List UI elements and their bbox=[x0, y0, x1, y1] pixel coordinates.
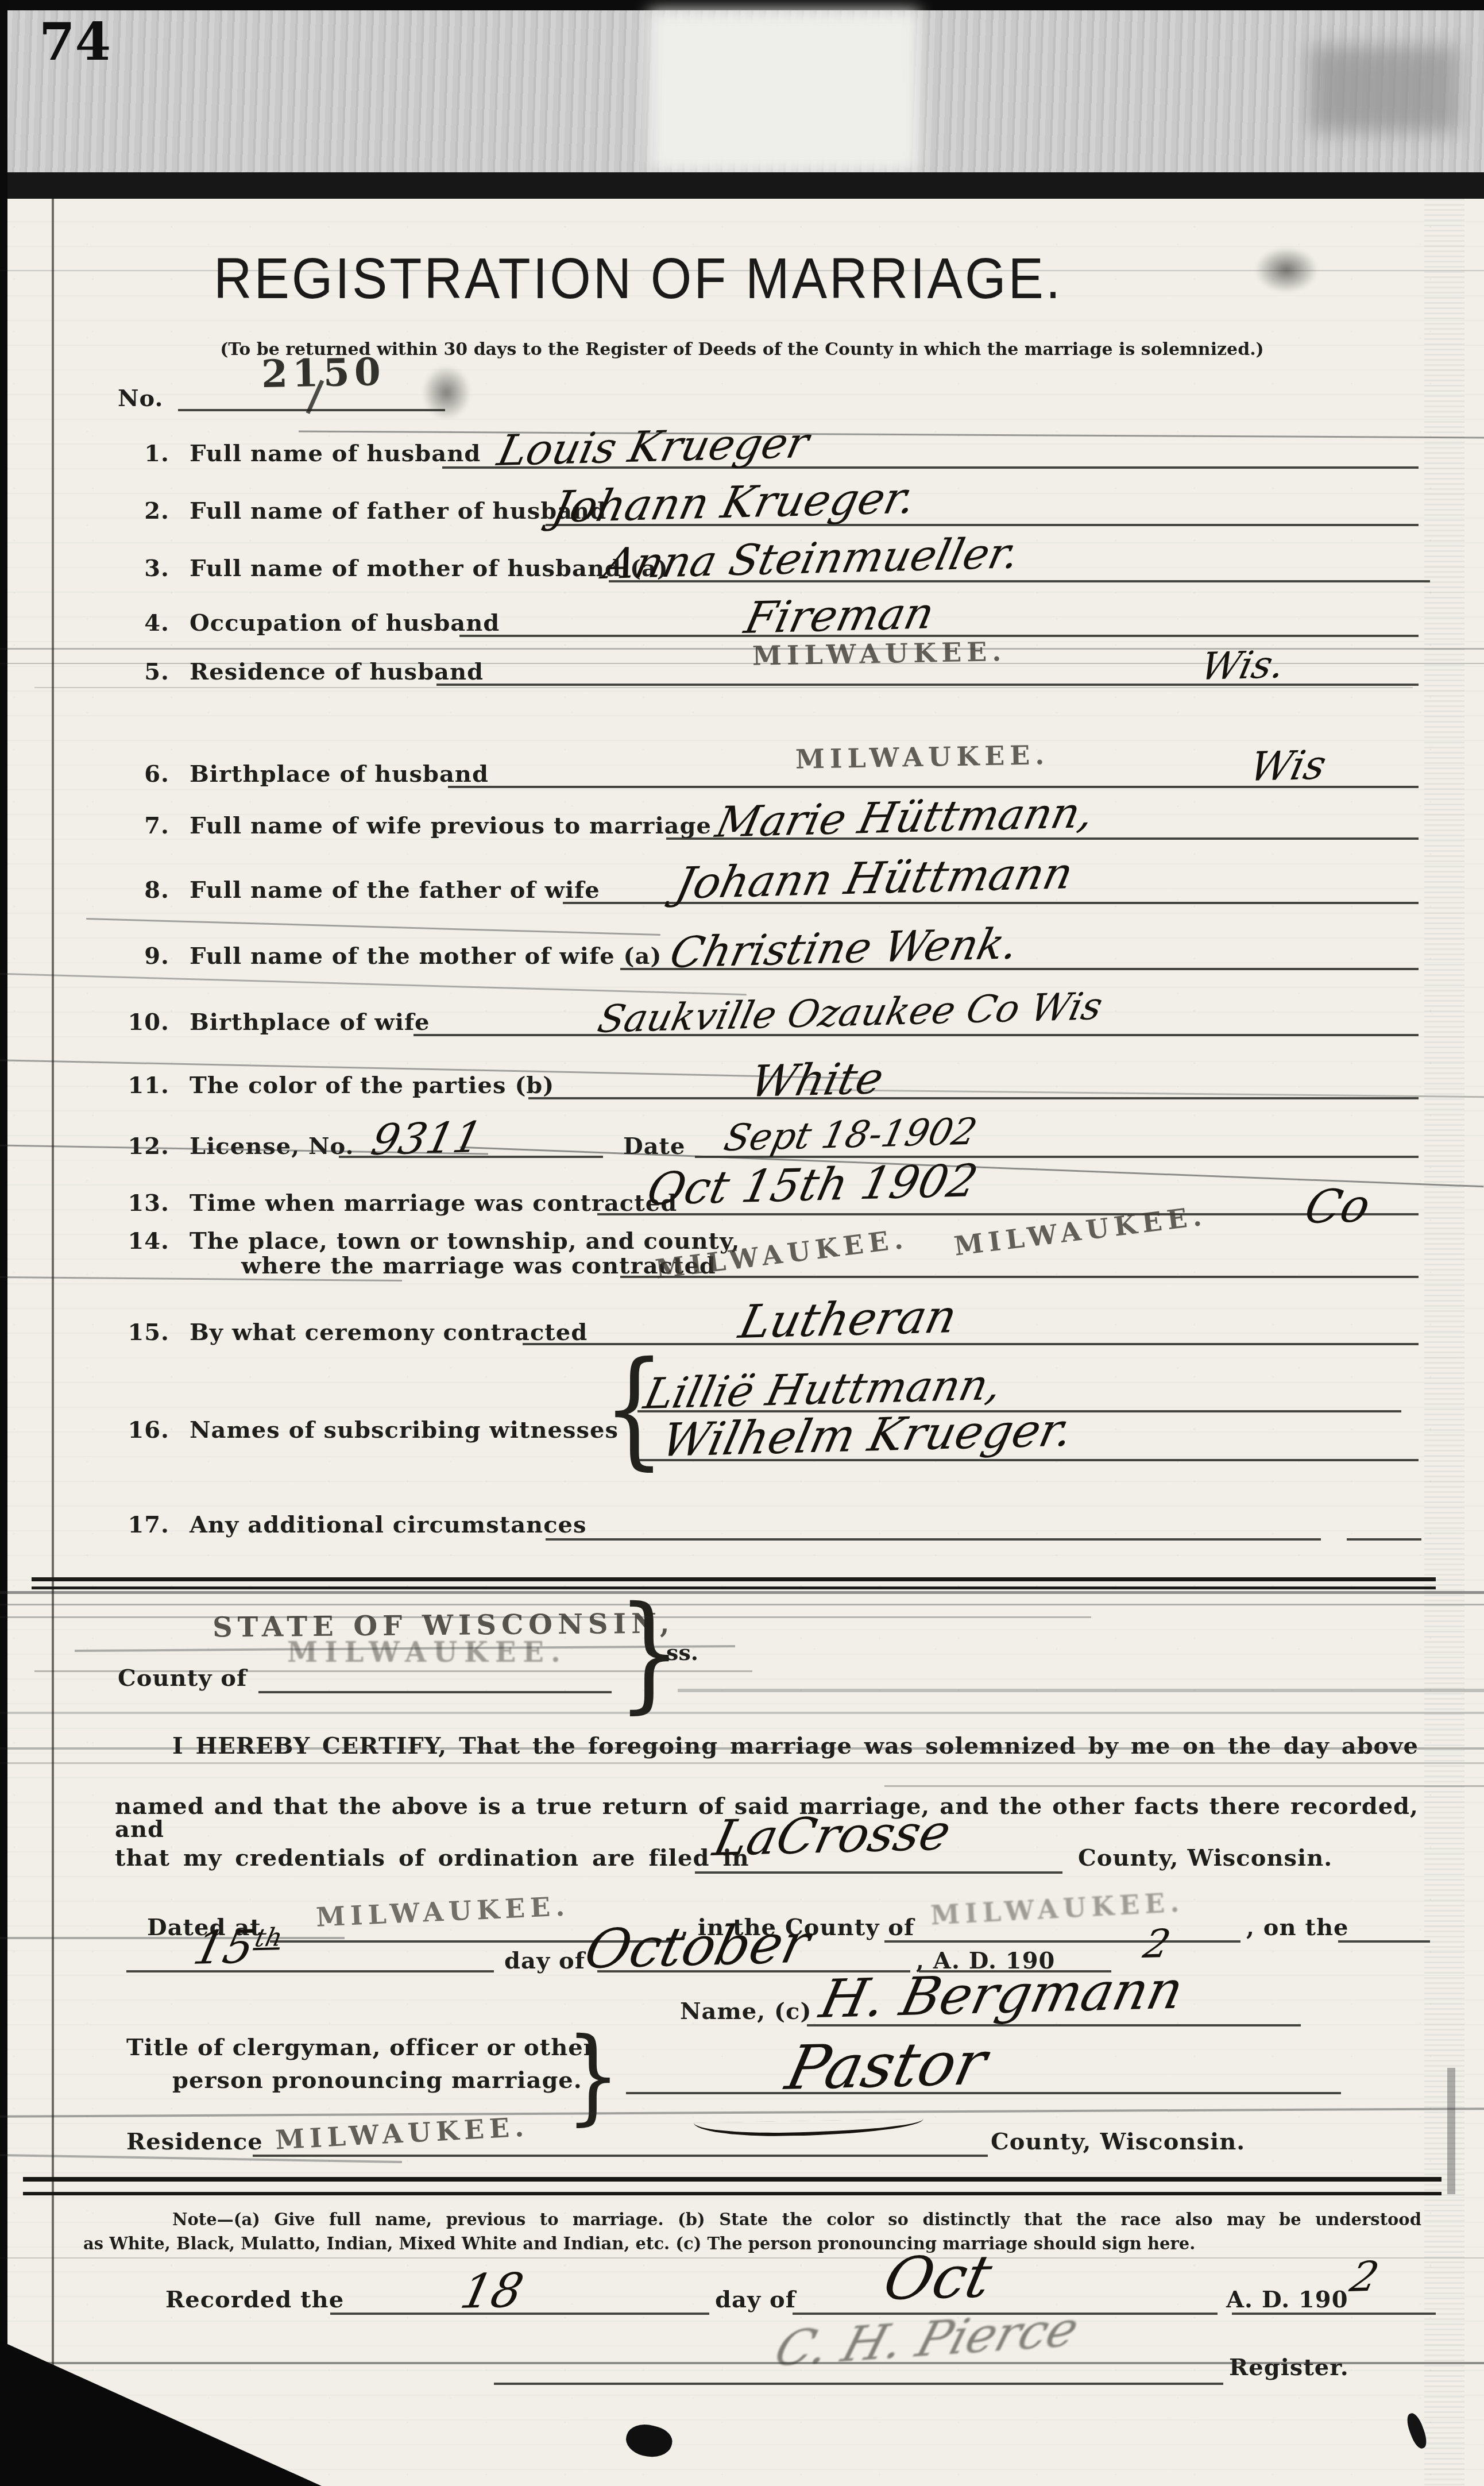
field-number: 7. bbox=[103, 814, 169, 837]
scan-band-rule bbox=[0, 172, 1484, 199]
note-line2: as White, Black, Mulatto, Indian, Mixed … bbox=[83, 2236, 1195, 2252]
field-label: Full name of mother of husband (a) bbox=[190, 557, 668, 580]
blank-line bbox=[546, 1538, 1321, 1541]
scan-light-patch bbox=[649, 10, 919, 172]
blank-line bbox=[1347, 1538, 1421, 1541]
date-label: Date bbox=[623, 1135, 686, 1158]
license-number-handwriting: 9311 bbox=[368, 1116, 486, 1161]
recorded-year-handwriting: 2 bbox=[1347, 2256, 1382, 2298]
field-label: The color of the parties (b) bbox=[190, 1074, 554, 1097]
scan-streak bbox=[678, 1689, 1484, 1692]
scan-streak bbox=[0, 973, 747, 995]
scan-streak bbox=[0, 2107, 1484, 2118]
scan-streak bbox=[299, 431, 1484, 439]
field-number: 13. bbox=[103, 1192, 169, 1215]
recorded-label: Recorded the bbox=[165, 2288, 344, 2311]
blank-line bbox=[695, 1871, 1062, 1874]
scan-right-speckle bbox=[1424, 199, 1464, 2486]
ceremony-handwriting: Lutheran bbox=[735, 1294, 961, 1345]
field-number: 10. bbox=[103, 1011, 169, 1034]
blank-line bbox=[258, 1691, 612, 1693]
field-number: 3. bbox=[103, 557, 169, 580]
field-number: 16. bbox=[103, 1419, 169, 1442]
husband-father-handwriting: Johann Krueger. bbox=[548, 476, 919, 529]
field-label: The place, town or township, and county, bbox=[190, 1230, 740, 1253]
field-label: Birthplace of wife bbox=[190, 1011, 430, 1034]
scan-top-edge bbox=[0, 0, 1484, 10]
husband-name-handwriting: Louis Krueger bbox=[494, 422, 813, 472]
field-number: 4. bbox=[103, 612, 169, 635]
on-the-label: , on the bbox=[1246, 1916, 1349, 1939]
register-signature-handwriting: C. H. Pierce bbox=[770, 2305, 1084, 2373]
marriage-date-handwriting: Oct 15th 1902 bbox=[643, 1159, 981, 1212]
field-label: Any additional circumstances bbox=[190, 1514, 587, 1537]
field-label: Full name of father of husband bbox=[190, 500, 606, 523]
day-number: 15 bbox=[189, 1920, 260, 1975]
blank-line bbox=[413, 1034, 1419, 1036]
clergyman-signature-handwriting: H. Bergmann bbox=[816, 1964, 1188, 2026]
field-label: Birthplace of husband bbox=[190, 763, 489, 786]
milwaukee-stamp: MILWAUKEE. bbox=[315, 1893, 570, 1930]
field-number: 1. bbox=[103, 442, 169, 465]
scan-streak bbox=[884, 1785, 1484, 1787]
county-of-label: County of bbox=[118, 1667, 247, 1690]
day-handwriting: 15th bbox=[190, 1923, 285, 1971]
credentials-county-handwriting: LaCrosse bbox=[709, 1808, 955, 1863]
blank-line bbox=[494, 2383, 1223, 2385]
blank-line bbox=[884, 1940, 1240, 1943]
day-of-label: day of bbox=[504, 1950, 585, 1972]
field-label-line2: where the marriage was contracted bbox=[241, 1254, 716, 1277]
blank-line bbox=[1338, 1940, 1430, 1943]
blank-line bbox=[253, 2155, 988, 2157]
ss-label: ss. bbox=[666, 1642, 698, 1663]
certificate-number-stamp: 2150 bbox=[261, 353, 385, 393]
field-number: 8. bbox=[103, 879, 169, 902]
scan-left-edge bbox=[0, 0, 7, 2486]
handwritten-flourish bbox=[694, 2119, 923, 2138]
milwaukee-stamp: MILWAUKEE. bbox=[795, 742, 1050, 773]
field-label: By what ceremony contracted bbox=[190, 1321, 588, 1344]
milwaukee-stamp: MILWAUKEE. bbox=[930, 1889, 1185, 1928]
field-label: Full name of the father of wife bbox=[190, 879, 600, 902]
blank-line bbox=[330, 2313, 709, 2315]
page-margin-rule bbox=[52, 199, 54, 2486]
residence-suffix: County, Wisconsin. bbox=[991, 2130, 1245, 2153]
field-label: Occupation of husband bbox=[190, 612, 500, 635]
field-label: Full name of husband bbox=[190, 442, 481, 465]
clergy-title-label-line1: Title of clergyman, officer or other bbox=[126, 2036, 596, 2059]
blank-line bbox=[626, 2092, 1341, 2094]
field-label: Full name of wife previous to marriage bbox=[190, 814, 712, 837]
note-line1: Note—(a) Give full name, previous to mar… bbox=[172, 2211, 1421, 2228]
wife-birthplace-handwriting: Saukville Ozaukee Co Wis bbox=[594, 987, 1106, 1039]
field-number: 5. bbox=[103, 661, 169, 684]
license-date-handwriting: Sept 18-1902 bbox=[721, 1114, 980, 1157]
blank-line bbox=[126, 1970, 494, 1972]
no-label: No. bbox=[118, 387, 163, 410]
section-rule bbox=[23, 2177, 1442, 2182]
blank-line bbox=[597, 1213, 1419, 1215]
husband-birthplace-handwriting: Wis bbox=[1246, 745, 1330, 787]
county-abbrev-handwriting: Co bbox=[1301, 1183, 1374, 1230]
ink-blob bbox=[623, 2420, 675, 2462]
scan-streak bbox=[804, 1089, 1484, 1098]
scan-streak-vertical bbox=[1447, 2068, 1455, 2194]
name-label: Name, (c) bbox=[680, 2000, 811, 2023]
husband-residence-handwriting: Wis. bbox=[1197, 646, 1288, 686]
clergy-title-label-line2: person pronouncing marriage. bbox=[172, 2069, 582, 2092]
scan-dark-patch bbox=[1309, 46, 1459, 132]
section-rule bbox=[32, 1586, 1436, 1589]
section-rule bbox=[32, 1577, 1436, 1581]
milwaukee-stamp: MILWAUKEE. bbox=[287, 1639, 567, 1666]
scan-streak bbox=[0, 1591, 1484, 1594]
recorded-day-handwriting: 18 bbox=[457, 2267, 527, 2316]
field-number: 9. bbox=[103, 945, 169, 968]
witness2-handwriting: Wilhelm Krueger. bbox=[658, 1407, 1077, 1464]
day-of-label: day of bbox=[715, 2288, 796, 2311]
ad-label: A. D. 190 bbox=[1226, 2288, 1348, 2311]
certify-line1: I HEREBY CERTIFY, That the foregoing mar… bbox=[172, 1735, 1419, 1758]
ink-smudge bbox=[422, 365, 471, 420]
field-label: Names of subscribing witnesses bbox=[190, 1419, 619, 1442]
field-number: 2. bbox=[103, 500, 169, 523]
husband-mother-handwriting: Anna Steinmueller. bbox=[600, 532, 1023, 585]
field-number: 6. bbox=[103, 763, 169, 786]
field-number: 11. bbox=[103, 1074, 169, 1097]
scan-streak bbox=[0, 1604, 1484, 1605]
residence-label: Residence bbox=[126, 2130, 263, 2153]
field-number: 17. bbox=[103, 1514, 169, 1537]
field-number: 14. bbox=[103, 1230, 169, 1253]
clergy-brace: } bbox=[566, 2025, 620, 2128]
month-handwriting: October bbox=[580, 1917, 814, 1977]
certify-line3-suffix: County, Wisconsin. bbox=[1078, 1847, 1332, 1870]
clergy-title-handwriting: Pastor bbox=[781, 2033, 992, 2099]
field-number: 15. bbox=[103, 1321, 169, 1344]
blank-line bbox=[1232, 2313, 1436, 2315]
wife-mother-handwriting: Christine Wenk. bbox=[666, 922, 1022, 974]
color-of-parties-handwriting: White bbox=[747, 1056, 887, 1103]
marriage-registration-scan: 74 REGISTRATION OF MARRIAGE. (To be retu… bbox=[0, 0, 1484, 2486]
ink-smudge bbox=[1255, 247, 1318, 293]
husband-occupation-handwriting: Fireman bbox=[741, 592, 938, 640]
recorded-month-handwriting: Oct bbox=[879, 2248, 997, 2309]
form-title: REGISTRATION OF MARRIAGE. bbox=[214, 250, 1062, 307]
wife-father-handwriting: Johann Hüttmann bbox=[672, 851, 1077, 905]
register-label: Register. bbox=[1229, 2356, 1349, 2379]
field-number: 12. bbox=[103, 1135, 169, 1158]
scan-corner-wedge bbox=[0, 2341, 322, 2486]
scan-streak bbox=[0, 2257, 1484, 2259]
field-label: Residence of husband bbox=[190, 661, 484, 684]
year-handwriting: 2 bbox=[1140, 1925, 1174, 1964]
scan-streak bbox=[86, 918, 660, 936]
wife-name-handwriting: Marie Hüttmann, bbox=[712, 792, 1098, 844]
scan-streak bbox=[0, 1712, 1484, 1714]
blank-line bbox=[528, 1097, 1419, 1099]
field-label: Time when marriage was contracted bbox=[190, 1192, 677, 1215]
scan-streak bbox=[0, 1762, 1484, 1764]
page-number: 74 bbox=[39, 16, 111, 68]
milwaukee-stamp: MILWAUKEE. bbox=[953, 1202, 1208, 1260]
field-label: Full name of the mother of wife (a) bbox=[190, 945, 662, 968]
section-rule bbox=[23, 2192, 1442, 2195]
milwaukee-stamp: MILWAUKEE. bbox=[752, 638, 1007, 669]
blank-line bbox=[620, 1276, 1419, 1278]
certify-line3: that my credentials of ordination are fi… bbox=[115, 1847, 749, 1870]
field-label: License, No. bbox=[190, 1135, 354, 1158]
milwaukee-stamp: MILWAUKEE. bbox=[275, 2113, 530, 2153]
